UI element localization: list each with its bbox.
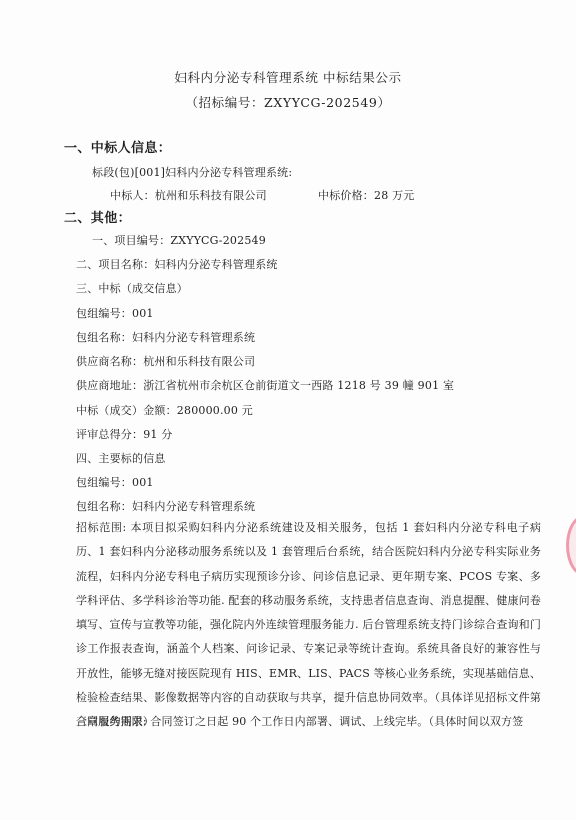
winning-price: 中标价格：28 万元 [318, 187, 415, 203]
main-subject-heading: 四、主要标的信息 [76, 450, 166, 466]
package-number-2: 包组编号：001 [76, 474, 154, 490]
document-page: 妇科内分泌专科管理系统 中标结果公示 （招标编号：ZXYYCG-202549） … [0, 0, 576, 820]
project-number: 一、项目编号：ZXYYCG-202549 [92, 232, 266, 248]
supplier-name: 供应商名称：杭州和乐科技有限公司 [76, 353, 255, 369]
tender-scope-paragraph: 招标范围: 本项目拟采购妇科内分泌系统建设及相关服务，包括 1 套妇科内分泌专科… [76, 516, 541, 735]
project-name: 二、项目名称：妇科内分泌专科管理系统 [76, 256, 278, 272]
contract-period: 合同履约期限: 合同签订之日起 90 个工作日内部署、调试、上线完毕。（具体时间… [76, 710, 541, 734]
award-amount: 中标（成交）金额：280000.00 元 [76, 402, 253, 418]
tender-number: （招标编号：ZXYYCG-202549） [0, 93, 576, 111]
package-name: 包组名称：妇科内分泌专科管理系统 [76, 329, 255, 345]
supplier-address: 供应商地址：浙江省杭州市余杭区仓前街道文一西路 1218 号 39 幢 901 … [76, 377, 454, 393]
document-title: 妇科内分泌专科管理系统 中标结果公示 [0, 68, 576, 86]
official-seal-edge [566, 515, 576, 576]
package-name-2: 包组名称：妇科内分泌专科管理系统 [76, 498, 255, 514]
lot-line: 标段(包)[001]妇科内分泌专科管理系统: [92, 164, 292, 180]
section-heading-other: 二、其他： [64, 207, 131, 226]
review-score: 评审总得分：91 分 [76, 426, 173, 442]
package-number: 包组编号：001 [76, 305, 154, 321]
section-heading-winner-info: 一、中标人信息： [64, 137, 171, 156]
award-info-heading: 三、中标（成交信息） [76, 280, 188, 296]
winner-name: 中标人：杭州和乐科技有限公司 [110, 187, 267, 203]
